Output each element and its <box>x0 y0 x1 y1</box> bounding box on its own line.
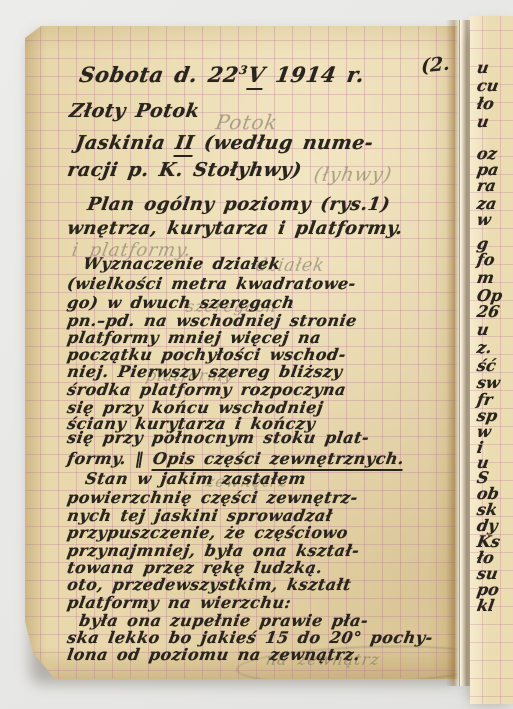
handwriting-line: Stan w jakim zastałem <box>84 471 307 487</box>
handwriting-line: oto, przedewszystkim, kształt <box>66 577 352 593</box>
handwriting-line: powierzchnię części zewnętrz- <box>66 490 359 506</box>
right-page-fragment: u <box>476 322 490 338</box>
right-page-fragment: u <box>476 114 490 130</box>
handwriting-line: platformy na wierzchu: <box>66 595 292 611</box>
right-page-fragment: ło <box>476 96 495 112</box>
right-page-fragment: 26 <box>476 304 501 320</box>
handwriting-line: racji p. K. Stołyhwy) <box>66 161 303 180</box>
right-page-edge: ucułouozparazawgfomOp26uz.śćswfrspwiuSob… <box>470 16 513 704</box>
date-line: Sobota d. 223V 1914 r. <box>78 64 366 85</box>
right-page-fragment: m <box>476 270 495 286</box>
right-page-fragment: sw <box>476 375 501 391</box>
handwriting-line: ska lekko bo jakieś 15 do 20° pochy- <box>66 630 434 646</box>
handwriting-line: towana przez rękę ludzką. <box>66 560 324 576</box>
handwriting-line: Jaskinia II (według nume- <box>74 134 375 153</box>
right-page-fragment: ra <box>476 178 497 194</box>
right-page-fragment: u <box>476 60 490 76</box>
handwriting-line: go) w dwuch szeregach <box>66 295 296 311</box>
notebook-scan: (2. Potok(łyhwy)i platformy.działekszere… <box>0 0 513 709</box>
handwriting-line: (wielkości metra kwadratowe- <box>66 276 357 292</box>
handwriting-line: była ona zupełnie prawie pła- <box>78 613 370 629</box>
handwriting-line: przypuszczenie, że częściowo <box>66 525 349 541</box>
handwriting-line: przynajmniej, była ona kształ- <box>66 543 361 559</box>
handwriting-line: środka platformy rozpoczyna <box>66 382 347 398</box>
handwriting-line: platformy mniej więcej na <box>66 330 322 346</box>
place-line: Złoty Potok <box>68 102 201 121</box>
ink-layer: Sobota d. 223V 1914 r.Złoty PotokJaskini… <box>66 54 478 699</box>
handwriting-line: niej. Pierwszy szereg bliższy <box>66 364 344 380</box>
handwriting-line: Plan ogólny poziomy (rys.1) <box>86 196 391 214</box>
handwriting-line: nych tej jaskini sprowadzał <box>66 508 334 524</box>
right-page-fragment: w <box>476 212 492 228</box>
handwriting-line: Wyznaczenie działek <box>82 256 282 272</box>
handwriting-line: pn.–pd. na wschodniej stronie <box>66 313 358 329</box>
handwriting-line: wnętrza, kurytarza i platformy. <box>66 220 404 238</box>
right-page-fragment: z. <box>476 340 493 356</box>
page-fold-crease <box>459 20 460 686</box>
right-page-fragment: cu <box>476 78 500 94</box>
handwriting-line: się przy północnym stoku plat- <box>66 430 370 446</box>
handwriting-line: lona od poziomu na zewnątrz. <box>66 647 361 663</box>
handwriting-line: formy. ‖ Opis części zewnętrznych. <box>66 451 405 467</box>
right-page-fragment: kl <box>476 598 496 614</box>
handwriting-line: początku pochyłości wschod- <box>66 347 347 363</box>
left-page: (2. Potok(łyhwy)i platformy.działekszere… <box>25 26 458 679</box>
right-page-fragment: fo <box>476 252 496 268</box>
right-page-fragment: ść <box>476 358 497 374</box>
